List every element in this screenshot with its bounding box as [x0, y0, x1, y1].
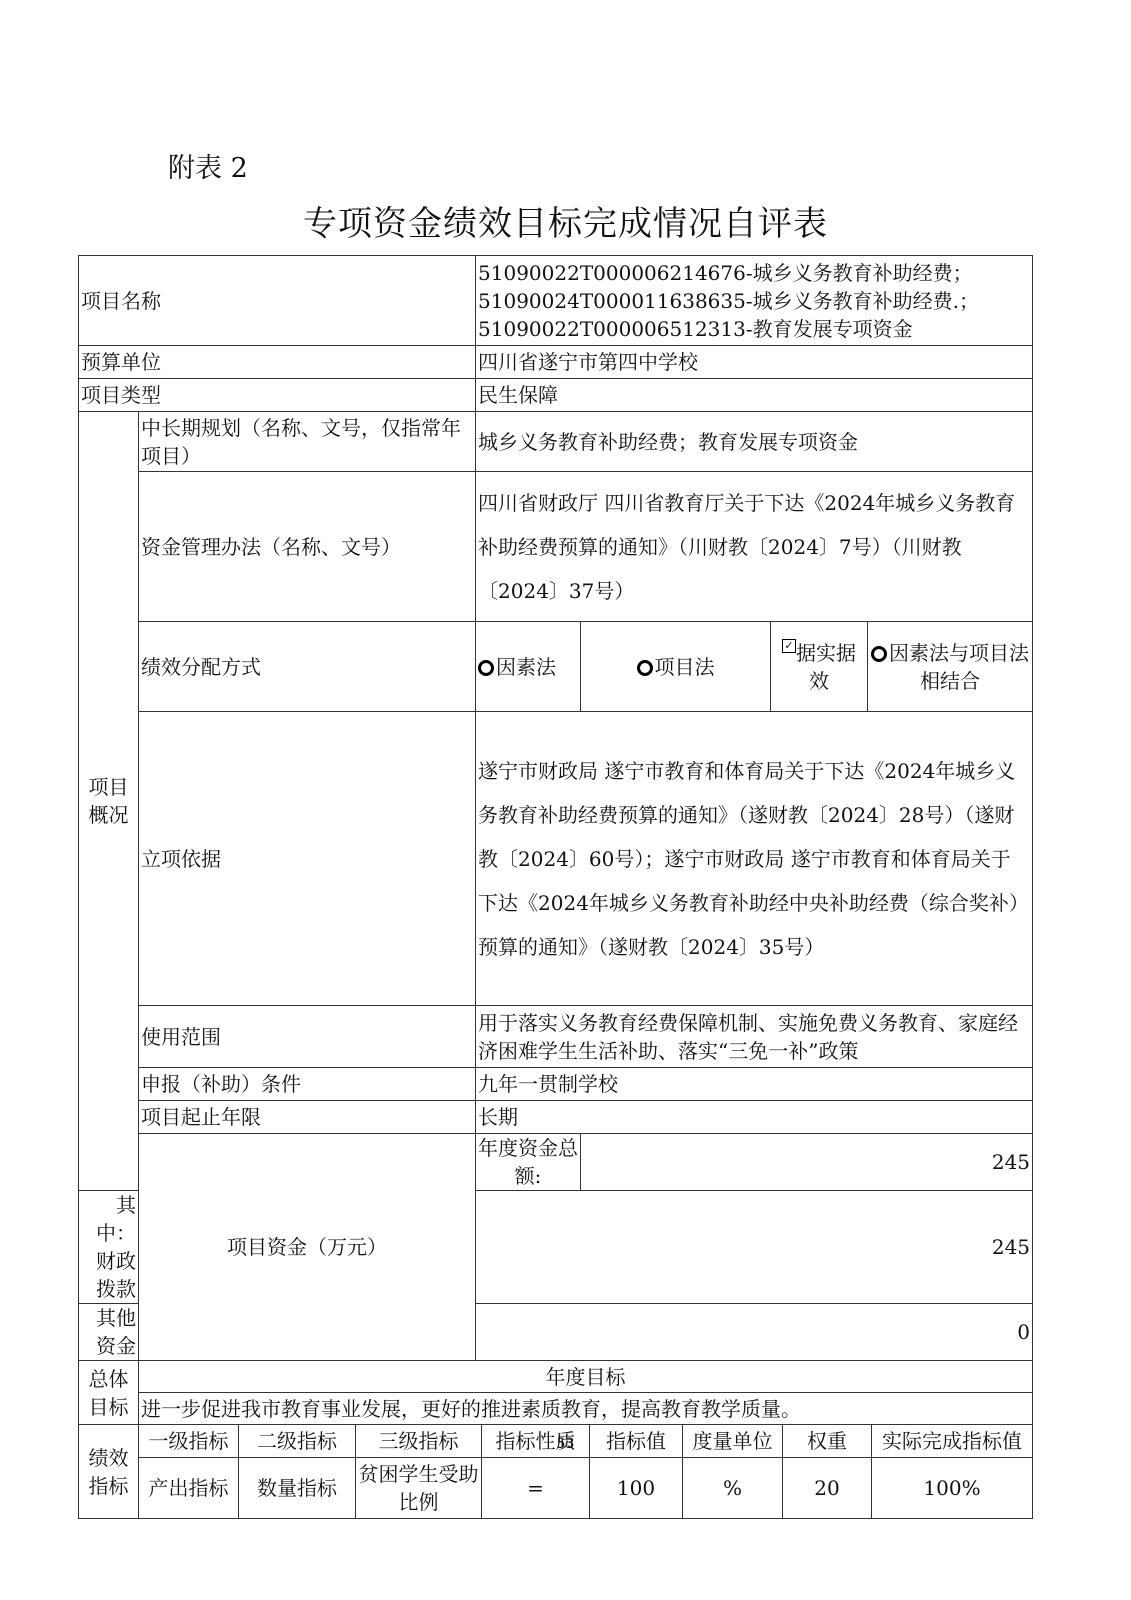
evaluation-table: 项目名称 51090022T000006214676-城乡义务教育补助经费； 5…: [78, 255, 1033, 1519]
goal-header: 年度目标: [139, 1361, 1033, 1393]
scope-value: 用于落实义务教育经费保障机制、实施免费义务教育、家庭经济困难学生生活补助、落实“…: [476, 1006, 1033, 1068]
funds-total-label: 年度资金总额:: [476, 1134, 581, 1191]
plan-value: 城乡义务教育补助经费；教育发展专项资金: [476, 412, 1033, 472]
funds-fiscal-label: 其中：财政拨款: [79, 1191, 139, 1304]
checkbox-checked-icon: ✓: [782, 639, 796, 653]
overview-label: 项目概况: [79, 412, 139, 1191]
page-title: 专项资金绩效目标完成情况自评表: [0, 196, 1131, 245]
page-number: 53: [0, 1436, 1131, 1452]
perf-cell: 20: [783, 1458, 872, 1518]
project-type-label: 项目类型: [79, 379, 476, 412]
budget-unit-label: 预算单位: [79, 346, 476, 379]
funds-other-label: 其他资金: [79, 1304, 139, 1361]
basis-label: 立项依据: [139, 712, 476, 1006]
perf-cell: 100%: [872, 1458, 1033, 1518]
project-code-1: 51090022T000006214676-城乡义务教育补助经费；: [478, 259, 1030, 287]
option-project: 项目法: [581, 622, 771, 712]
project-code-3: 51090022T000006512313-教育发展专项资金: [478, 315, 1030, 343]
allocation-label: 绩效分配方式: [139, 622, 476, 712]
perf-cell: 数量指标: [239, 1458, 356, 1518]
option-combined: 因素法与项目法相结合: [868, 622, 1033, 712]
plan-label: 中长期规划（名称、文号，仅指常年项目）: [139, 412, 476, 472]
option-actual: ✓据实据效: [771, 622, 868, 712]
funds-label: 项目资金（万元）: [139, 1134, 476, 1361]
appendix-label: 附表 2: [168, 146, 248, 185]
project-code-2: 51090024T000011638635-城乡义务教育补助经费.；: [478, 287, 1030, 315]
perf-cell: =: [482, 1458, 590, 1518]
funds-total-value: 245: [581, 1134, 1033, 1191]
option-factor: 因素法: [476, 622, 581, 712]
project-name-value: 51090022T000006214676-城乡义务教育补助经费； 510900…: [476, 256, 1033, 346]
project-type-value: 民生保障: [476, 379, 1033, 412]
perf-data-row: 产出指标 数量指标 贫困学生受助比例 = 100 % 20 100%: [139, 1458, 1032, 1518]
budget-unit-value: 四川省遂宁市第四中学校: [476, 346, 1033, 379]
radio-icon: [871, 646, 887, 662]
basis-value: 遂宁市财政局 遂宁市教育和体育局关于下达《2024年城乡义务教育补助经费预算的通…: [476, 712, 1033, 1006]
radio-icon: [637, 660, 653, 676]
perf-cell: 产出指标: [139, 1458, 239, 1518]
funds-other-value: 0: [476, 1304, 1033, 1361]
mgmt-label: 资金管理办法（名称、文号）: [139, 472, 476, 622]
goal-label: 总体目标: [79, 1361, 139, 1425]
period-value: 长期: [476, 1101, 1033, 1134]
perf-cell: 100: [590, 1458, 683, 1518]
project-name-label: 项目名称: [79, 256, 476, 346]
period-label: 项目起止年限: [139, 1101, 476, 1134]
mgmt-value: 四川省财政厅 四川省教育厅关于下达《2024年城乡义务教育补助经费预算的通知》（…: [476, 472, 1033, 622]
goal-value: 进一步促进我市教育事业发展，更好的推进素质教育，提高教育教学质量。: [139, 1393, 1033, 1425]
funds-fiscal-value: 245: [476, 1191, 1033, 1304]
perf-cell: 贫困学生受助比例: [356, 1458, 482, 1518]
perf-cell: %: [683, 1458, 783, 1518]
condition-label: 申报（补助）条件: [139, 1068, 476, 1101]
condition-value: 九年一贯制学校: [476, 1068, 1033, 1101]
radio-icon: [478, 660, 494, 676]
scope-label: 使用范围: [139, 1006, 476, 1068]
